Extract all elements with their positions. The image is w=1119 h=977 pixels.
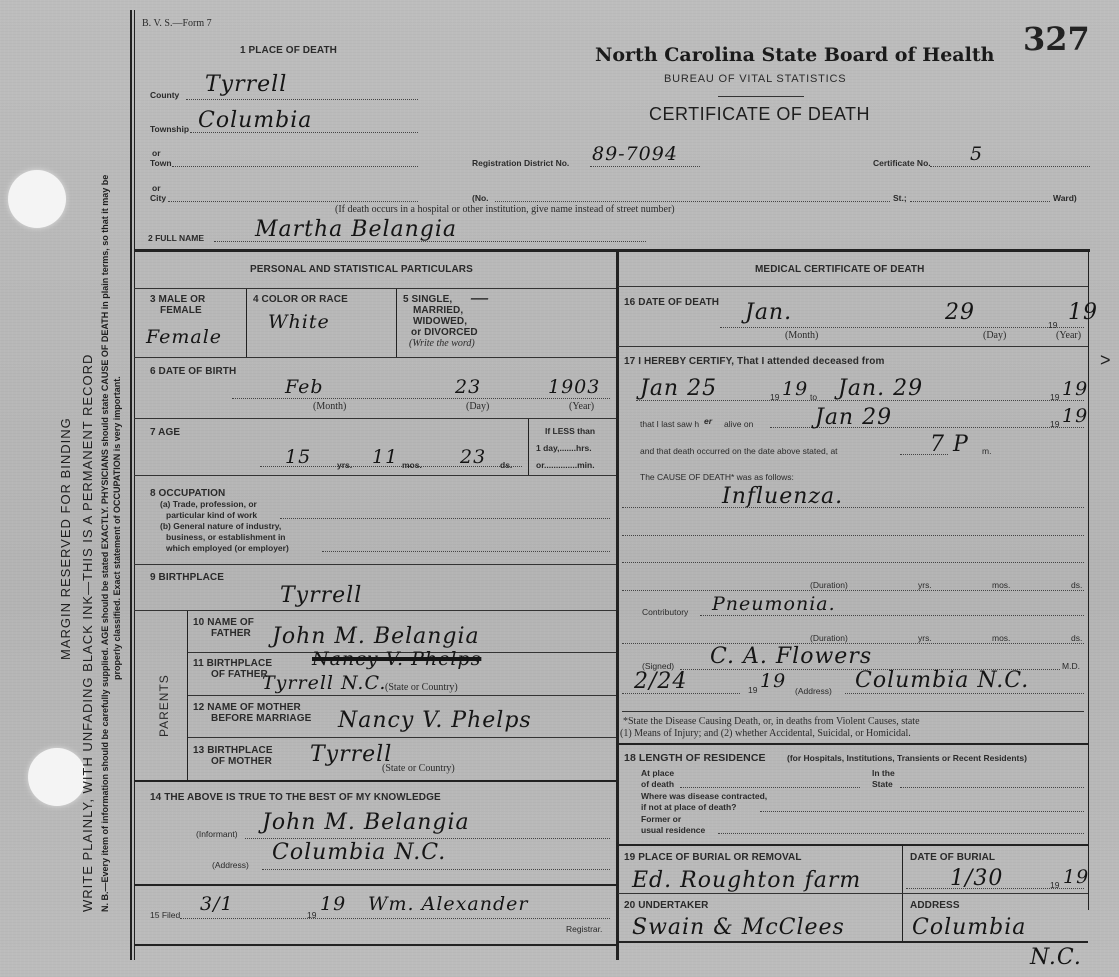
rule-birthplace bbox=[134, 564, 616, 565]
certificate-no-label: Certificate No. bbox=[873, 158, 931, 168]
rule-mother-bp bbox=[188, 737, 616, 738]
attended-from: Jan 25 bbox=[640, 376, 717, 401]
age-label: 7 AGE bbox=[150, 427, 180, 438]
county-value: Tyrrell bbox=[205, 72, 287, 97]
certificate-no-line bbox=[930, 166, 1090, 167]
father-name-value: John M. Belangia bbox=[272, 624, 480, 649]
township-label: Township bbox=[150, 124, 189, 134]
cause-line-2 bbox=[622, 535, 1084, 536]
registrar-signature: Wm. Alexander bbox=[368, 893, 528, 915]
footnote-line-2: (1) Means of Injury; and (2) whether Acc… bbox=[620, 728, 911, 739]
signed-address-value: Columbia N.C. bbox=[855, 668, 1029, 693]
marital-value: — bbox=[470, 287, 490, 309]
full-name-label: 2 FULL NAME bbox=[148, 233, 204, 243]
rule-age bbox=[134, 418, 616, 419]
duration-label-2: (Duration) bbox=[810, 633, 848, 643]
board-title: North Carolina State Board of Health bbox=[595, 44, 994, 66]
right-border bbox=[1088, 250, 1089, 910]
medical-section-title: MEDICAL CERTIFICATE OF DEATH bbox=[755, 264, 924, 275]
contracted-label-1: Where was disease contracted, bbox=[641, 791, 767, 801]
burial-place-label: 19 PLACE OF BURIAL OR REMOVAL bbox=[624, 852, 802, 863]
date-of-death-label: 16 DATE OF DEATH bbox=[624, 297, 719, 308]
mother-birthplace-label-2: OF MOTHER bbox=[211, 756, 272, 767]
margin-binding-note: MARGIN RESERVED FOR BINDING bbox=[58, 417, 73, 660]
mother-name-label-2: BEFORE MARRIAGE bbox=[211, 713, 311, 724]
informant-address-value: Columbia N.C. bbox=[272, 840, 446, 865]
filed-year: 19 bbox=[320, 893, 346, 915]
form-left-border bbox=[130, 10, 132, 960]
attended-to: Jan. 29 bbox=[838, 376, 923, 401]
contributory-value: Pneumonia. bbox=[712, 593, 836, 615]
in-state-line bbox=[900, 787, 1084, 788]
death-time-m: m. bbox=[982, 446, 991, 456]
burial-year-prefix: 19 bbox=[1050, 880, 1059, 890]
dob-day-caption: (Day) bbox=[466, 401, 489, 412]
rule-burial bbox=[618, 844, 1088, 846]
filed-line bbox=[180, 918, 610, 919]
mother-birthplace-label-1: 13 BIRTHPLACE bbox=[193, 745, 273, 756]
in-state-label-2: State bbox=[872, 779, 893, 789]
contributory-label: Contributory bbox=[642, 607, 688, 617]
duration-mos-1: mos. bbox=[992, 580, 1010, 590]
marital-label-4: or DIVORCED bbox=[411, 327, 478, 338]
contracted-line bbox=[760, 811, 1084, 812]
less-than-min: or..............min. bbox=[536, 460, 595, 470]
certify-label: 17 I HEREBY CERTIFY, That I attended dec… bbox=[624, 356, 884, 367]
registration-district-line bbox=[590, 166, 700, 167]
last-saw-date: Jan 29 bbox=[815, 405, 892, 430]
date-of-death-year: 19 bbox=[1068, 300, 1098, 325]
undertaker-address-state: N.C. bbox=[1030, 945, 1082, 970]
signed-date-line bbox=[622, 693, 740, 694]
county-line bbox=[186, 99, 418, 100]
rule-parents bbox=[134, 610, 616, 611]
county-label: County bbox=[150, 90, 179, 100]
township-value: Columbia bbox=[198, 108, 312, 133]
attended-from-year: 19 bbox=[782, 378, 808, 400]
last-saw-year-prefix: 19 bbox=[1050, 419, 1059, 429]
occupation-a-line bbox=[280, 518, 610, 519]
date-of-death-day: 29 bbox=[945, 300, 975, 325]
birthplace-label: 9 BIRTHPLACE bbox=[150, 572, 224, 583]
filed-year-prefix: 19 bbox=[307, 910, 316, 920]
rule-bottom-left bbox=[134, 944, 616, 946]
date-of-death-line bbox=[720, 327, 1084, 328]
last-saw-year: 19 bbox=[1062, 405, 1088, 427]
dod-year-caption: (Year) bbox=[1056, 330, 1081, 341]
less-than-label: If LESS than bbox=[545, 426, 595, 436]
contracted-label-2: if not at place of death? bbox=[641, 802, 736, 812]
footnote-line-1: *State the Disease Causing Death, or, in… bbox=[623, 716, 920, 727]
form-id: B. V. S.—Form 7 bbox=[142, 18, 212, 29]
street-no-line bbox=[495, 201, 890, 202]
header-divider bbox=[718, 96, 804, 97]
occupation-b-2: business, or establishment in bbox=[166, 532, 286, 542]
at-place-label-2: of death bbox=[641, 779, 674, 789]
duration-yrs-1: yrs. bbox=[918, 580, 932, 590]
form-left-border-inner bbox=[134, 10, 135, 960]
undertaker-address-label: ADDRESS bbox=[910, 900, 960, 911]
attended-to-label: to bbox=[810, 392, 817, 402]
rule-filed bbox=[134, 884, 616, 886]
dob-label: 6 DATE OF BIRTH bbox=[150, 366, 236, 377]
rule-undertaker bbox=[618, 893, 1088, 894]
knowledge-label: 14 THE ABOVE IS TRUE TO THE BEST OF MY K… bbox=[150, 792, 441, 803]
father-name-label-2: FATHER bbox=[211, 628, 251, 639]
rule-top-section bbox=[134, 249, 1090, 252]
father-birthplace-value: Tyrrell N.C. bbox=[262, 672, 386, 694]
or-label-1: or bbox=[152, 148, 161, 158]
rule-less-than bbox=[528, 419, 529, 475]
bureau-title: BUREAU OF VITAL STATISTICS bbox=[664, 73, 846, 85]
death-certificate-scan: MARGIN RESERVED FOR BINDING WRITE PLAINL… bbox=[0, 0, 1119, 977]
mother-name-value: Nancy V. Phelps bbox=[338, 708, 532, 733]
mother-bp-caption: (State or Country) bbox=[382, 763, 455, 774]
dob-year: 1903 bbox=[548, 376, 600, 398]
informant-address-label: (Address) bbox=[212, 860, 249, 870]
signed-year-prefix: 19 bbox=[748, 685, 757, 695]
column-divider bbox=[616, 250, 619, 960]
full-name-value: Martha Belangia bbox=[255, 217, 457, 242]
death-time-label: and that death occurred on the date abov… bbox=[640, 446, 838, 456]
father-birthplace-struck: Nancy V. Phelps bbox=[312, 648, 481, 670]
filed-label: 15 Filed bbox=[150, 910, 180, 920]
undertaker-address-value: Columbia bbox=[912, 915, 1026, 940]
street-no-label: (No. bbox=[472, 193, 489, 203]
margin-ink-note: WRITE PLAINLY, WITH UNFADING BLACK INK—T… bbox=[80, 354, 95, 912]
cause-label: The CAUSE OF DEATH* was as follows: bbox=[640, 472, 794, 482]
parents-label: PARENTS bbox=[157, 674, 171, 737]
margin-nb-line2: properly classified. Exact statement of … bbox=[112, 376, 122, 680]
town-line bbox=[172, 166, 418, 167]
age-ds-unit: ds. bbox=[500, 460, 512, 470]
father-birthplace-label-2: OF FATHER bbox=[211, 669, 268, 680]
certificate-no-value: 5 bbox=[970, 143, 983, 165]
undertaker-value: Swain & McClees bbox=[632, 915, 845, 940]
sex-value: Female bbox=[146, 326, 222, 348]
at-place-label-1: At place bbox=[641, 768, 674, 778]
residence-note: (for Hospitals, Institutions, Transients… bbox=[787, 753, 1027, 763]
age-years: 15 bbox=[285, 446, 311, 468]
contributory-line bbox=[700, 615, 1084, 616]
burial-date-value: 1/30 bbox=[950, 866, 1003, 891]
occupation-label: 8 OCCUPATION bbox=[150, 488, 225, 499]
rule-medical-header bbox=[618, 286, 1088, 287]
signed-date: 2/24 bbox=[634, 669, 687, 694]
age-months: 11 bbox=[372, 446, 398, 468]
margin-nb-line1: N. B.—Every item of information should b… bbox=[100, 175, 110, 912]
signed-address-line bbox=[845, 693, 1084, 694]
burial-place-value: Ed. Roughton farm bbox=[632, 868, 861, 893]
death-time-value: 7 P bbox=[930, 432, 969, 457]
dob-year-caption: (Year) bbox=[569, 401, 594, 412]
less-than-day: 1 day,.......hrs. bbox=[536, 443, 592, 453]
race-label: 4 COLOR OR RACE bbox=[253, 294, 348, 305]
cause-line-1 bbox=[622, 507, 1084, 508]
sex-label-1: 3 MALE OR bbox=[150, 294, 205, 305]
dob-day: 23 bbox=[455, 376, 481, 398]
hospital-note: (If death occurs in a hospital or other … bbox=[335, 204, 675, 215]
town-label: Town bbox=[150, 158, 172, 168]
mother-birthplace-value: Tyrrell bbox=[310, 742, 392, 767]
cause-line-3 bbox=[622, 562, 1084, 563]
attended-to-year: 19 bbox=[1062, 378, 1088, 400]
birthplace-value: Tyrrell bbox=[280, 583, 362, 608]
father-name-label-1: 10 NAME OF bbox=[193, 617, 254, 628]
city-line bbox=[168, 201, 418, 202]
rule-certify bbox=[618, 346, 1088, 347]
rule-race-marital bbox=[396, 289, 397, 357]
former-residence-label-1: Former or bbox=[641, 814, 681, 824]
occupation-a-1: (a) Trade, profession, or bbox=[160, 499, 257, 509]
last-saw-label: that I last saw h bbox=[640, 419, 699, 429]
date-of-death-month: Jan. bbox=[745, 300, 792, 325]
registration-district-label: Registration District No. bbox=[472, 158, 569, 168]
rule-sex-race bbox=[246, 289, 247, 357]
or-label-2: or bbox=[152, 183, 161, 193]
duration-mos-2: mos. bbox=[992, 633, 1010, 643]
ward-line bbox=[910, 201, 1050, 202]
dod-day-caption: (Day) bbox=[983, 330, 1006, 341]
marital-label-5: (Write the word) bbox=[409, 338, 475, 349]
informant-value: John M. Belangia bbox=[262, 810, 470, 835]
last-saw-pronoun: er bbox=[704, 416, 712, 426]
physician-signature: C. A. Flowers bbox=[710, 644, 872, 669]
occupation-b-3: which employed (or employer) bbox=[166, 543, 289, 553]
burial-date-label: DATE OF BURIAL bbox=[910, 852, 995, 863]
attended-to-year-prefix: 19 bbox=[1050, 392, 1059, 402]
signed-address-label: (Address) bbox=[795, 686, 832, 696]
certificate-title: CERTIFICATE OF DEATH bbox=[649, 104, 870, 125]
age-days: 23 bbox=[460, 446, 486, 468]
informant-label: (Informant) bbox=[196, 829, 238, 839]
stamp-number: 327 bbox=[1023, 20, 1090, 58]
duration-line-1 bbox=[622, 590, 1084, 591]
sex-label-2: FEMALE bbox=[160, 305, 202, 316]
duration-label-1: (Duration) bbox=[810, 580, 848, 590]
duration-ds-1: ds. bbox=[1071, 580, 1082, 590]
residence-label: 18 LENGTH OF RESIDENCE bbox=[624, 752, 766, 764]
former-residence-line bbox=[718, 833, 1084, 834]
informant-address-line bbox=[262, 869, 610, 870]
former-residence-label-2: usual residence bbox=[641, 825, 705, 835]
rule-occupation bbox=[134, 475, 616, 476]
dob-month-caption: (Month) bbox=[313, 401, 346, 412]
marital-label-2: MARRIED, bbox=[413, 305, 463, 316]
date-of-death-year-prefix: 19 bbox=[1048, 320, 1057, 330]
dob-line bbox=[232, 398, 610, 399]
street-label: St.; bbox=[893, 193, 907, 203]
burial-year-value: 19 bbox=[1063, 866, 1089, 888]
in-state-label-1: In the bbox=[872, 768, 895, 778]
occupation-b-1: (b) General nature of industry, bbox=[160, 521, 281, 531]
md-label: M.D. bbox=[1062, 661, 1080, 671]
rule-dob bbox=[134, 357, 616, 358]
mother-name-label-1: 12 NAME OF MOTHER bbox=[193, 702, 301, 713]
dob-month: Feb bbox=[285, 376, 324, 398]
occupation-b-line bbox=[322, 551, 610, 552]
attended-from-year-prefix: 19 bbox=[770, 392, 779, 402]
cause-value: Influenza. bbox=[722, 484, 843, 509]
father-birthplace-label-1: 11 BIRTHPLACE bbox=[193, 658, 272, 669]
registration-district-value: 89-7094 bbox=[592, 143, 678, 165]
duration-yrs-2: yrs. bbox=[918, 633, 932, 643]
rule-residence bbox=[618, 743, 1088, 745]
place-of-death-heading: 1 PLACE OF DEATH bbox=[240, 45, 337, 56]
duration-ds-2: ds. bbox=[1071, 633, 1082, 643]
father-bp-caption: (State or Country) bbox=[385, 682, 458, 693]
signed-year: 19 bbox=[760, 670, 786, 692]
filed-date: 3/1 bbox=[200, 893, 234, 915]
age-mos-unit: mos. bbox=[402, 460, 422, 470]
age-yrs-unit: yrs. bbox=[337, 460, 352, 470]
city-label: City bbox=[150, 193, 166, 203]
informant-line bbox=[245, 838, 610, 839]
ward-label: Ward) bbox=[1053, 193, 1077, 203]
rule-knowledge bbox=[134, 780, 616, 782]
registrar-label: Registrar. bbox=[566, 924, 602, 934]
marital-label-1: 5 SINGLE, bbox=[403, 294, 452, 305]
personal-section-title: PERSONAL AND STATISTICAL PARTICULARS bbox=[250, 264, 473, 275]
alive-on-label: alive on bbox=[724, 419, 753, 429]
occupation-a-2: particular kind of work bbox=[166, 510, 257, 520]
race-value: White bbox=[268, 311, 330, 333]
binding-hole-top bbox=[8, 170, 66, 228]
rule-mother-name bbox=[188, 695, 616, 696]
dod-month-caption: (Month) bbox=[785, 330, 818, 341]
rule-personal-header bbox=[134, 288, 616, 289]
rule-footnote-top bbox=[622, 711, 1084, 712]
binding-hole-bottom bbox=[28, 748, 86, 806]
rule-bottom-right bbox=[618, 941, 1088, 943]
undertaker-label: 20 UNDERTAKER bbox=[624, 900, 708, 911]
marital-label-3: WIDOWED, bbox=[413, 316, 467, 327]
margin-check-mark: > bbox=[1100, 350, 1111, 371]
at-place-line bbox=[680, 787, 860, 788]
